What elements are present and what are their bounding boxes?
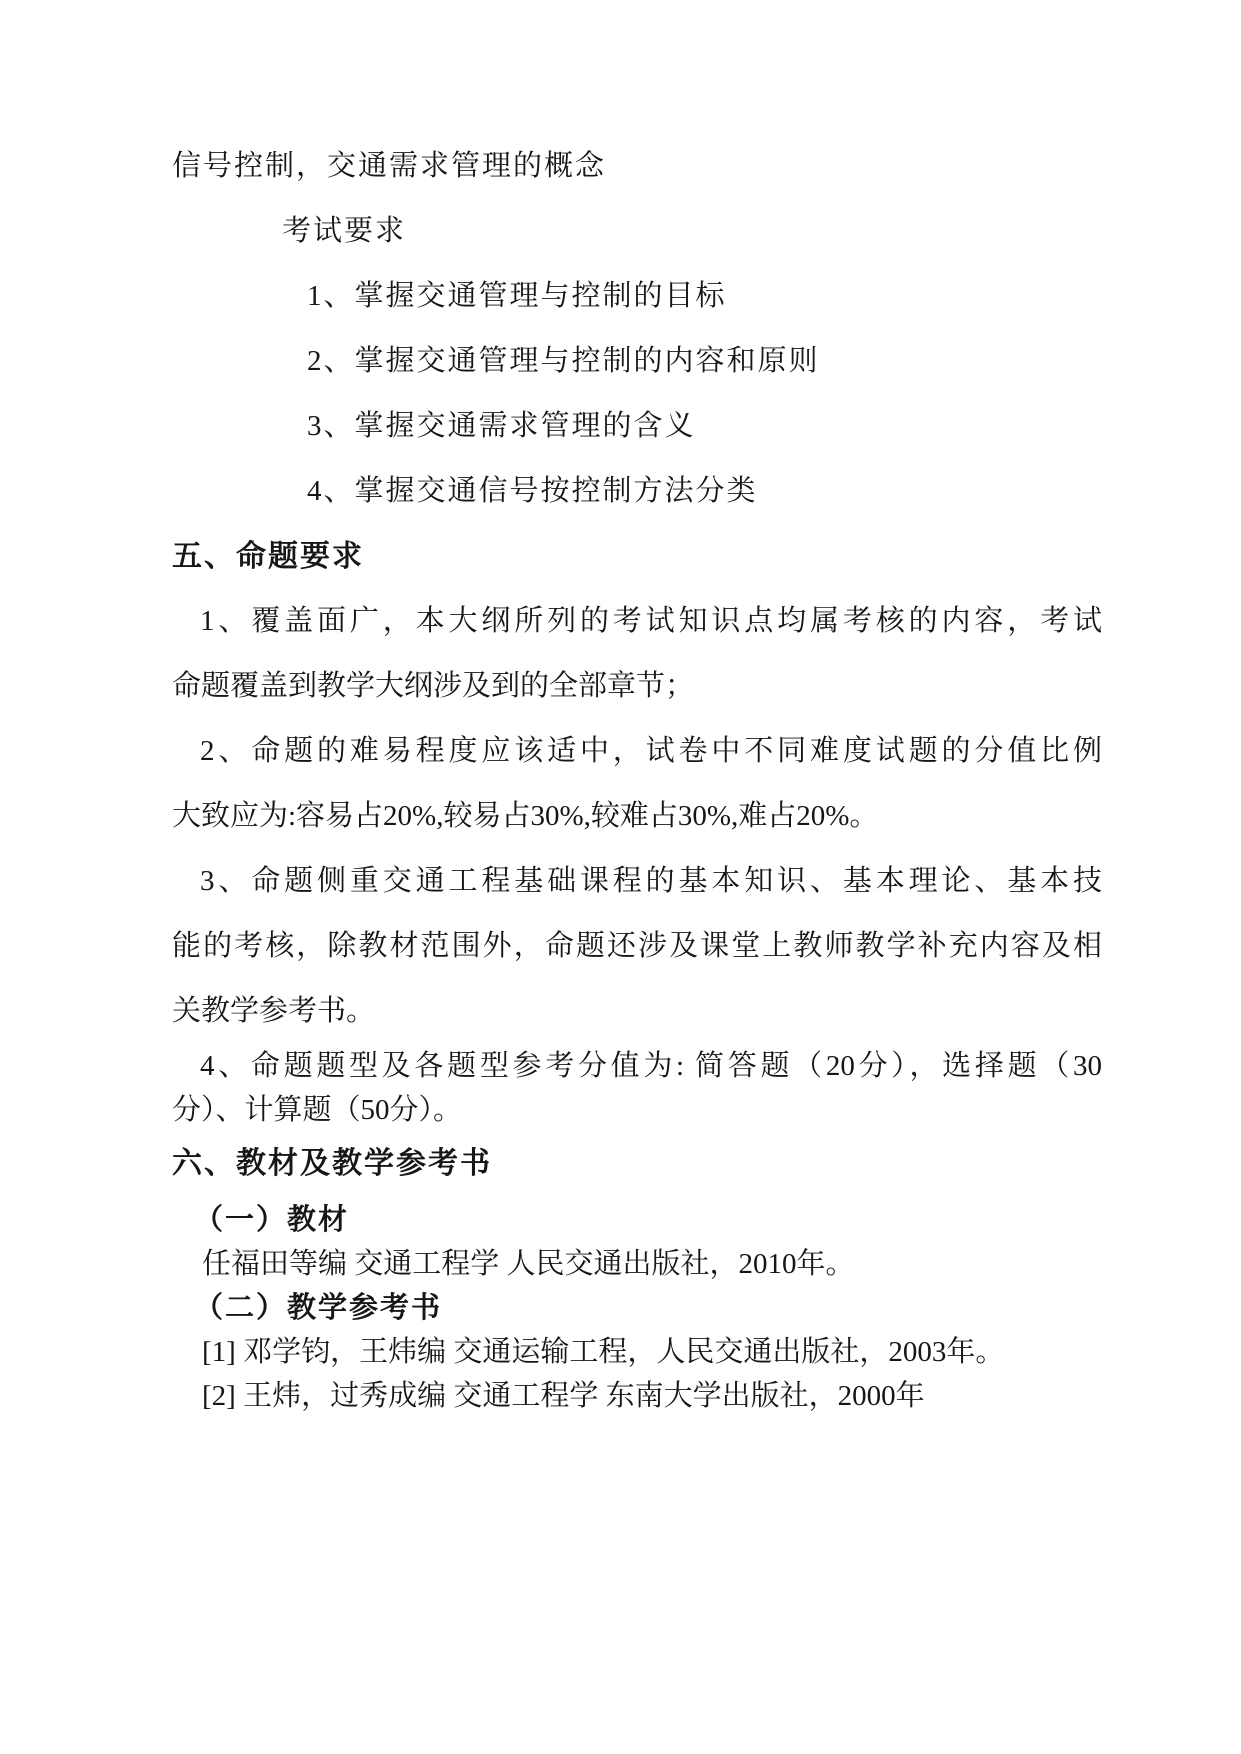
document-content: 信号控制，交通需求管理的概念 考试要求 1、掌握交通管理与控制的目标 2、掌握交… <box>172 134 1102 1418</box>
wide-spaced-section: 信号控制，交通需求管理的概念 考试要求 1、掌握交通管理与控制的目标 2、掌握交… <box>172 134 1102 1044</box>
document-page: 信号控制，交通需求管理的概念 考试要求 1、掌握交通管理与控制的目标 2、掌握交… <box>0 0 1241 1754</box>
para2-line1: 2、命题的难易程度应该适中，试卷中不同难度试题的分值比例 <box>172 719 1102 784</box>
exam-requirement-item-3: 3、掌握交通需求管理的含义 <box>172 394 1102 459</box>
reference-line-2: [2] 王炜，过秀成编 交通工程学 东南大学出版社，2000年 <box>172 1374 1102 1418</box>
exam-requirement-item-2: 2、掌握交通管理与控制的内容和原则 <box>172 329 1102 394</box>
para3-line2: 能的考核，除教材范围外，命题还涉及课堂上教师教学补充内容及相 <box>172 914 1102 979</box>
para3-line1: 3、命题侧重交通工程基础课程的基本知识、基本理论、基本技 <box>172 849 1102 914</box>
exam-requirement-item-4: 4、掌握交通信号按控制方法分类 <box>172 459 1102 524</box>
para4-line1: 4、命题题型及各题型参考分值为: 简答题（20分），选择题（30 <box>172 1044 1102 1088</box>
subsection-2-heading: （二）教学参考书 <box>172 1286 1102 1330</box>
para4-line2: 分）、计算题（50分）。 <box>172 1088 1102 1132</box>
para1-line2: 命题覆盖到教学大纲涉及到的全部章节； <box>172 654 1102 719</box>
section-5-heading: 五、命题要求 <box>172 524 1102 589</box>
section-6-heading: 六、教材及教学参考书 <box>172 1142 1102 1186</box>
subsection-1-heading: （一）教材 <box>172 1198 1102 1242</box>
reference-line-1: [1] 邓学钧，王炜编 交通运输工程，人民交通出版社，2003年。 <box>172 1330 1102 1374</box>
para2-line2: 大致应为:容易占20%,较易占30%,较难占30%,难占20%。 <box>172 784 1102 849</box>
textbook-line: 任福田等编 交通工程学 人民交通出版社，2010年。 <box>172 1242 1102 1286</box>
para1-line1: 1、覆盖面广，本大纲所列的考试知识点均属考核的内容，考试 <box>172 589 1102 654</box>
exam-requirement-item-1: 1、掌握交通管理与控制的目标 <box>172 264 1102 329</box>
exam-requirements-label: 考试要求 <box>172 199 1102 264</box>
tight-spaced-section: 4、命题题型及各题型参考分值为: 简答题（20分），选择题（30 分）、计算题（… <box>172 1044 1102 1418</box>
intro-line: 信号控制，交通需求管理的概念 <box>172 134 1102 199</box>
para3-line3: 关教学参考书。 <box>172 979 1102 1044</box>
